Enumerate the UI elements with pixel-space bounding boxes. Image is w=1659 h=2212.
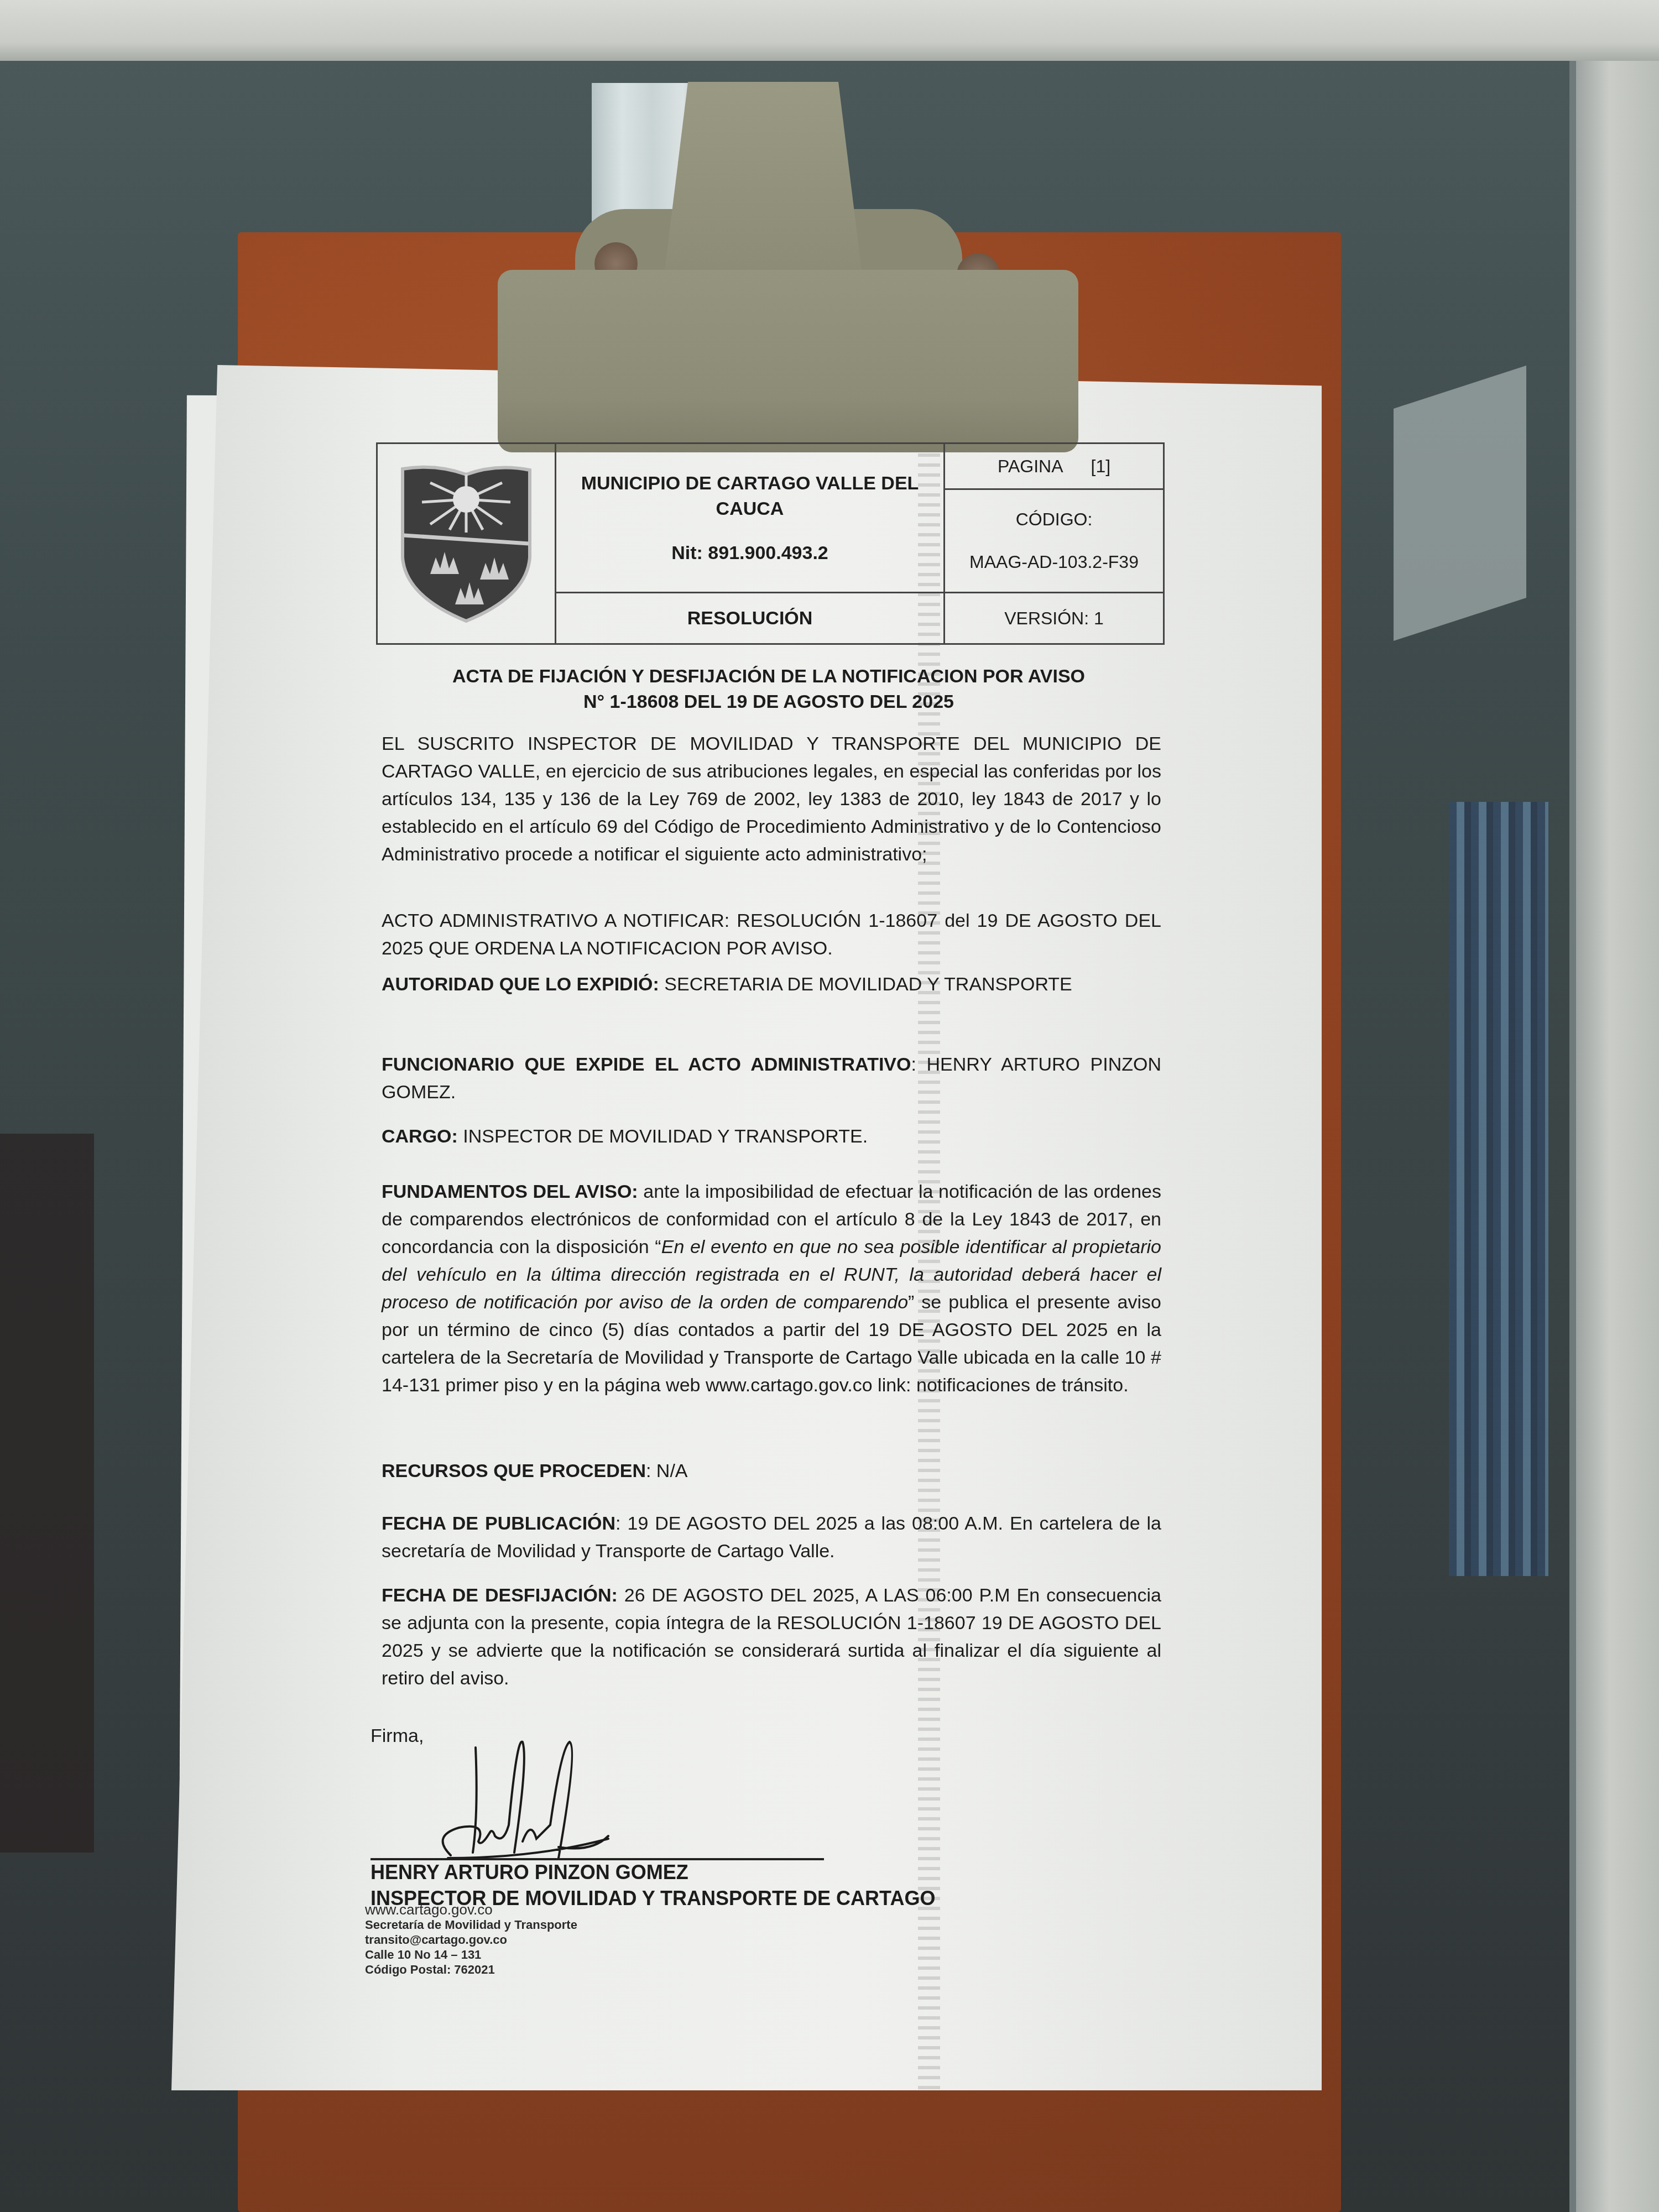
document-meta-cell: PAGINA [1] CÓDIGO: MAAG-AD-103.2-F39 VER…	[945, 444, 1163, 643]
window-frame-top	[0, 0, 1659, 61]
window-frame-right	[1576, 61, 1659, 2212]
document-header-table: MUNICIPIO DE CARTAGO VALLE DEL CAUCA Nit…	[376, 442, 1165, 645]
handwritten-signature-icon	[426, 1725, 713, 1875]
code-value: MAAG-AD-103.2-F39	[969, 552, 1139, 572]
window-blinds-reflection	[1449, 802, 1548, 1576]
recursos-label: RECURSOS QUE PROCEDEN	[382, 1460, 646, 1481]
document-code: CÓDIGO: MAAG-AD-103.2-F39	[945, 490, 1163, 593]
page-value: [1]	[1091, 456, 1110, 477]
code-label: CÓDIGO:	[1016, 509, 1093, 530]
page-number: PAGINA [1]	[945, 444, 1163, 490]
fundamentos-label: FUNDAMENTOS DEL AVISO:	[382, 1181, 638, 1202]
clipboard-clip	[498, 82, 1084, 463]
air-conditioner-reflection	[1394, 366, 1526, 641]
autoridad-label: AUTORIDAD QUE LO EXPIDIÓ:	[382, 974, 659, 995]
crest-cell	[378, 444, 556, 643]
signature-line	[371, 1858, 824, 1860]
recursos-value: : N/A	[646, 1460, 688, 1481]
window-frame-edge	[1569, 61, 1576, 2212]
acto-paragraph: ACTO ADMINISTRATIVO A NOTIFICAR: RESOLUC…	[382, 907, 1161, 962]
recursos-paragraph: RECURSOS QUE PROCEDEN: N/A	[382, 1457, 1161, 1485]
funcionario-label: FUNCIONARIO QUE EXPIDE EL ACTO ADMINISTR…	[382, 1054, 911, 1075]
publicacion-label: FECHA DE PUBLICACIÓN	[382, 1513, 615, 1534]
document-type: RESOLUCIÓN	[556, 593, 943, 643]
clip-jaw	[498, 270, 1078, 452]
signer-name: HENRY ARTURO PINZON GOMEZ	[371, 1861, 688, 1884]
document-title: ACTA DE FIJACIÓN Y DESFIJACIÓN DE LA NOT…	[376, 664, 1161, 714]
desfijacion-label: FECHA DE DESFIJACIÓN:	[382, 1585, 618, 1606]
autoridad-paragraph: AUTORIDAD QUE LO EXPIDIÓ: SECRETARIA DE …	[382, 971, 1161, 998]
footer-department: Secretaría de Movilidad y Transporte	[365, 1917, 577, 1932]
cargo-label: CARGO:	[382, 1126, 458, 1147]
municipality-cell: MUNICIPIO DE CARTAGO VALLE DEL CAUCA Nit…	[556, 444, 945, 643]
funcionario-paragraph: FUNCIONARIO QUE EXPIDE EL ACTO ADMINISTR…	[382, 1051, 1161, 1106]
title-line-2: N° 1-18608 DEL 19 DE AGOSTO DEL 2025	[376, 689, 1161, 714]
footer-postal-code: Código Postal: 762021	[365, 1962, 577, 1977]
footer-address: Calle 10 No 14 – 131	[365, 1947, 577, 1962]
cargo-value: INSPECTOR DE MOVILIDAD Y TRANSPORTE.	[458, 1126, 868, 1147]
municipality-name: MUNICIPIO DE CARTAGO VALLE DEL CAUCA	[567, 471, 932, 521]
desfijacion-paragraph: FECHA DE DESFIJACIÓN: 26 DE AGOSTO DEL 2…	[382, 1582, 1161, 1692]
cargo-paragraph: CARGO: INSPECTOR DE MOVILIDAD Y TRANSPOR…	[382, 1123, 1161, 1150]
title-line-1: ACTA DE FIJACIÓN Y DESFIJACIÓN DE LA NOT…	[376, 664, 1161, 689]
page-label: PAGINA	[998, 456, 1063, 477]
coat-of-arms-icon	[397, 463, 535, 624]
intro-paragraph: EL SUSCRITO INSPECTOR DE MOVILIDAD Y TRA…	[382, 730, 1161, 868]
fundamentos-paragraph: FUNDAMENTOS DEL AVISO: ante la imposibil…	[382, 1178, 1161, 1399]
document-version: VERSIÓN: 1	[945, 593, 1163, 643]
footer-website: www.cartago.gov.co	[365, 1902, 577, 1917]
door-reflection	[0, 1134, 94, 1853]
autoridad-value: SECRETARIA DE MOVILIDAD Y TRANSPORTE	[659, 974, 1072, 995]
signature-label: Firma,	[371, 1725, 424, 1747]
footer-email: transito@cartago.gov.co	[365, 1932, 577, 1947]
nit-number: Nit: 891.900.493.2	[671, 540, 828, 566]
publicacion-paragraph: FECHA DE PUBLICACIÓN: 19 DE AGOSTO DEL 2…	[382, 1510, 1161, 1565]
contact-footer: www.cartago.gov.co Secretaría de Movilid…	[365, 1902, 577, 1977]
